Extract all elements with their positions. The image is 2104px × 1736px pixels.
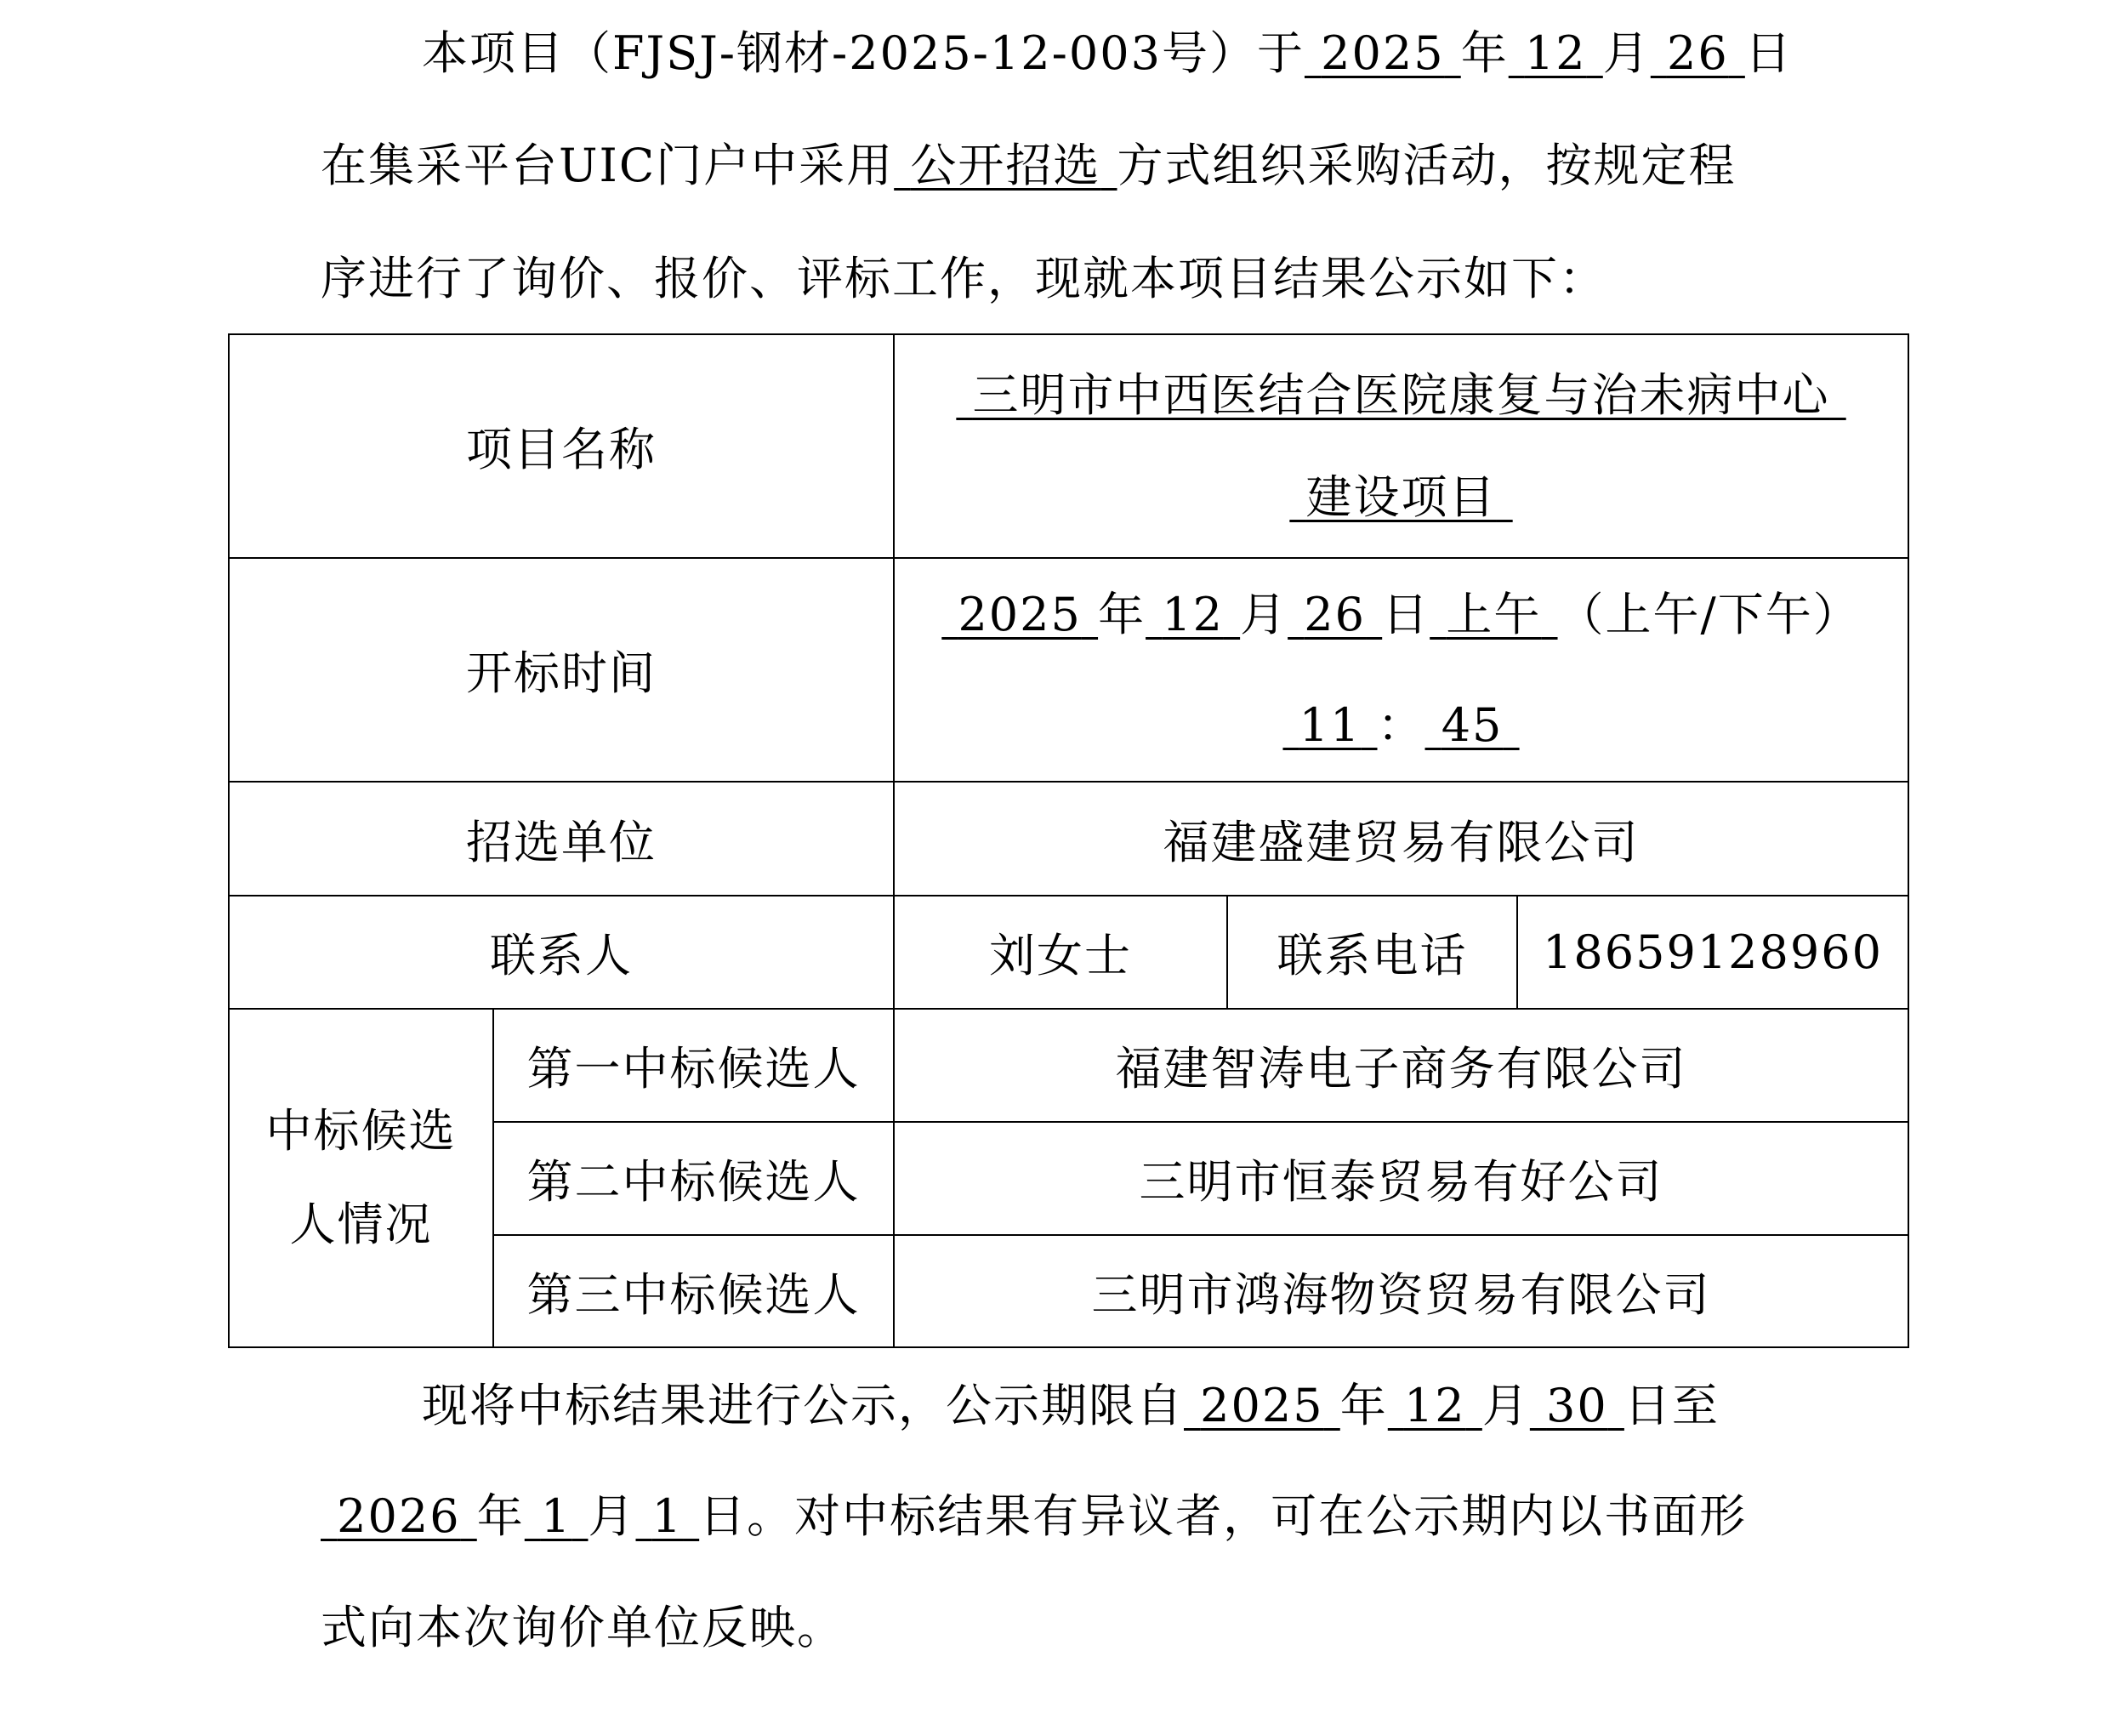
year-label: 年 <box>1098 588 1146 641</box>
intro-line-2: 在集采平台UIC门户中采用公开招选方式组织采购活动，按规定程 <box>321 136 1737 196</box>
candidate-rank: 第二中标候选人 <box>493 1122 894 1235</box>
publicity-start-day: 30 <box>1530 1379 1624 1432</box>
opening-hour: 11 <box>1282 698 1377 752</box>
intro-line2-suffix: 方式组织采购活动，按规定程 <box>1117 139 1737 192</box>
intro-line2-prefix: 在集采平台UIC门户中采用 <box>321 139 894 192</box>
project-name-value: 三明市中西医结合医院康复与治未病中心 建设项目 <box>894 334 1908 558</box>
day-label: 日 <box>1382 588 1430 641</box>
contact-value: 刘女士 <box>894 896 1227 1009</box>
month-label: 月 <box>1482 1379 1530 1432</box>
project-name-label: 项目名称 <box>229 334 894 558</box>
closing-line-2: 2026年1月1日。对中标结果有异议者，可在公示期内以书面形 <box>321 1487 1747 1546</box>
year-label: 年 <box>1340 1379 1388 1432</box>
intro-year: 2025 <box>1305 26 1461 80</box>
time-separator: ： <box>1378 698 1425 752</box>
publicity-start-month: 12 <box>1388 1379 1482 1432</box>
candidates-label-line2: 人情况 <box>230 1178 492 1272</box>
phone-label: 联系电话 <box>1227 896 1517 1009</box>
closing-line-1: 现将中标结果进行公示，公示期限自2025年12月30日至 <box>422 1376 1720 1436</box>
intro-prefix: 本项目（FJSJ-钢材-2025-12-003号）于 <box>422 26 1305 80</box>
tender-unit-value: 福建盛建贸易有限公司 <box>894 782 1908 896</box>
intro-month: 12 <box>1509 26 1603 80</box>
row-opening-time: 开标时间 2025年12月26日上午（上午/下午） 11：45 <box>229 558 1908 782</box>
year-label: 年 <box>1461 26 1509 80</box>
row-tender-unit: 招选单位 福建盛建贸易有限公司 <box>229 782 1908 896</box>
day-label: 日至 <box>1624 1379 1720 1432</box>
procurement-method: 公开招选 <box>894 139 1117 192</box>
tender-unit-label: 招选单位 <box>229 782 894 896</box>
candidate-name: 三明市鸿海物资贸易有限公司 <box>894 1235 1908 1347</box>
opening-time-label: 开标时间 <box>229 558 894 782</box>
period-hint: （上午/下午） <box>1558 588 1861 641</box>
project-name-line1: 三明市中西医结合医院康复与治未病中心 <box>956 368 1845 422</box>
row-contact: 联系人 刘女士 联系电话 18659128960 <box>229 896 1908 1009</box>
opening-day: 26 <box>1288 588 1382 641</box>
row-project-name: 项目名称 三明市中西医结合医院康复与治未病中心 建设项目 <box>229 334 1908 558</box>
publicity-end-year: 2026 <box>321 1489 477 1543</box>
opening-time-value: 2025年12月26日上午（上午/下午） 11：45 <box>894 558 1908 782</box>
day-label: 日 <box>1745 26 1793 80</box>
closing-line2-suffix: 日。对中标结果有异议者，可在公示期内以书面形 <box>699 1489 1747 1543</box>
opening-month: 12 <box>1146 588 1240 641</box>
candidate-name: 福建智涛电子商务有限公司 <box>894 1009 1908 1122</box>
closing-line-3: 式向本次询价单位反映。 <box>321 1598 844 1658</box>
year-label: 年 <box>477 1489 525 1543</box>
month-label: 月 <box>1240 588 1288 641</box>
result-table: 项目名称 三明市中西医结合医院康复与治未病中心 建设项目 开标时间 2025年1… <box>228 333 1909 1348</box>
publicity-end-month: 1 <box>525 1489 589 1543</box>
month-label: 月 <box>588 1489 635 1543</box>
opening-period: 上午 <box>1430 588 1557 641</box>
row-candidate-1: 中标候选 人情况 第一中标候选人 福建智涛电子商务有限公司 <box>229 1009 1908 1122</box>
phone-value: 18659128960 <box>1517 896 1908 1009</box>
intro-line-3: 序进行了询价、报价、评标工作，现就本项目结果公示如下： <box>321 249 1606 309</box>
contact-label: 联系人 <box>229 896 894 1009</box>
closing-prefix: 现将中标结果进行公示，公示期限自 <box>422 1379 1184 1432</box>
candidate-rank: 第三中标候选人 <box>493 1235 894 1347</box>
publicity-end-day: 1 <box>635 1489 699 1543</box>
project-name-line2: 建设项目 <box>1289 470 1512 524</box>
intro-day: 26 <box>1651 26 1745 80</box>
publicity-start-year: 2025 <box>1184 1379 1340 1432</box>
candidates-label: 中标候选 人情况 <box>229 1009 493 1347</box>
opening-minute: 45 <box>1425 698 1520 752</box>
month-label: 月 <box>1603 26 1651 80</box>
opening-year: 2025 <box>941 588 1098 641</box>
intro-line-1: 本项目（FJSJ-钢材-2025-12-003号）于2025年12月26日 <box>422 24 1793 83</box>
candidate-rank: 第一中标候选人 <box>493 1009 894 1122</box>
candidates-label-line1: 中标候选 <box>230 1084 492 1178</box>
candidate-name: 三明市恒泰贸易有好公司 <box>894 1122 1908 1235</box>
